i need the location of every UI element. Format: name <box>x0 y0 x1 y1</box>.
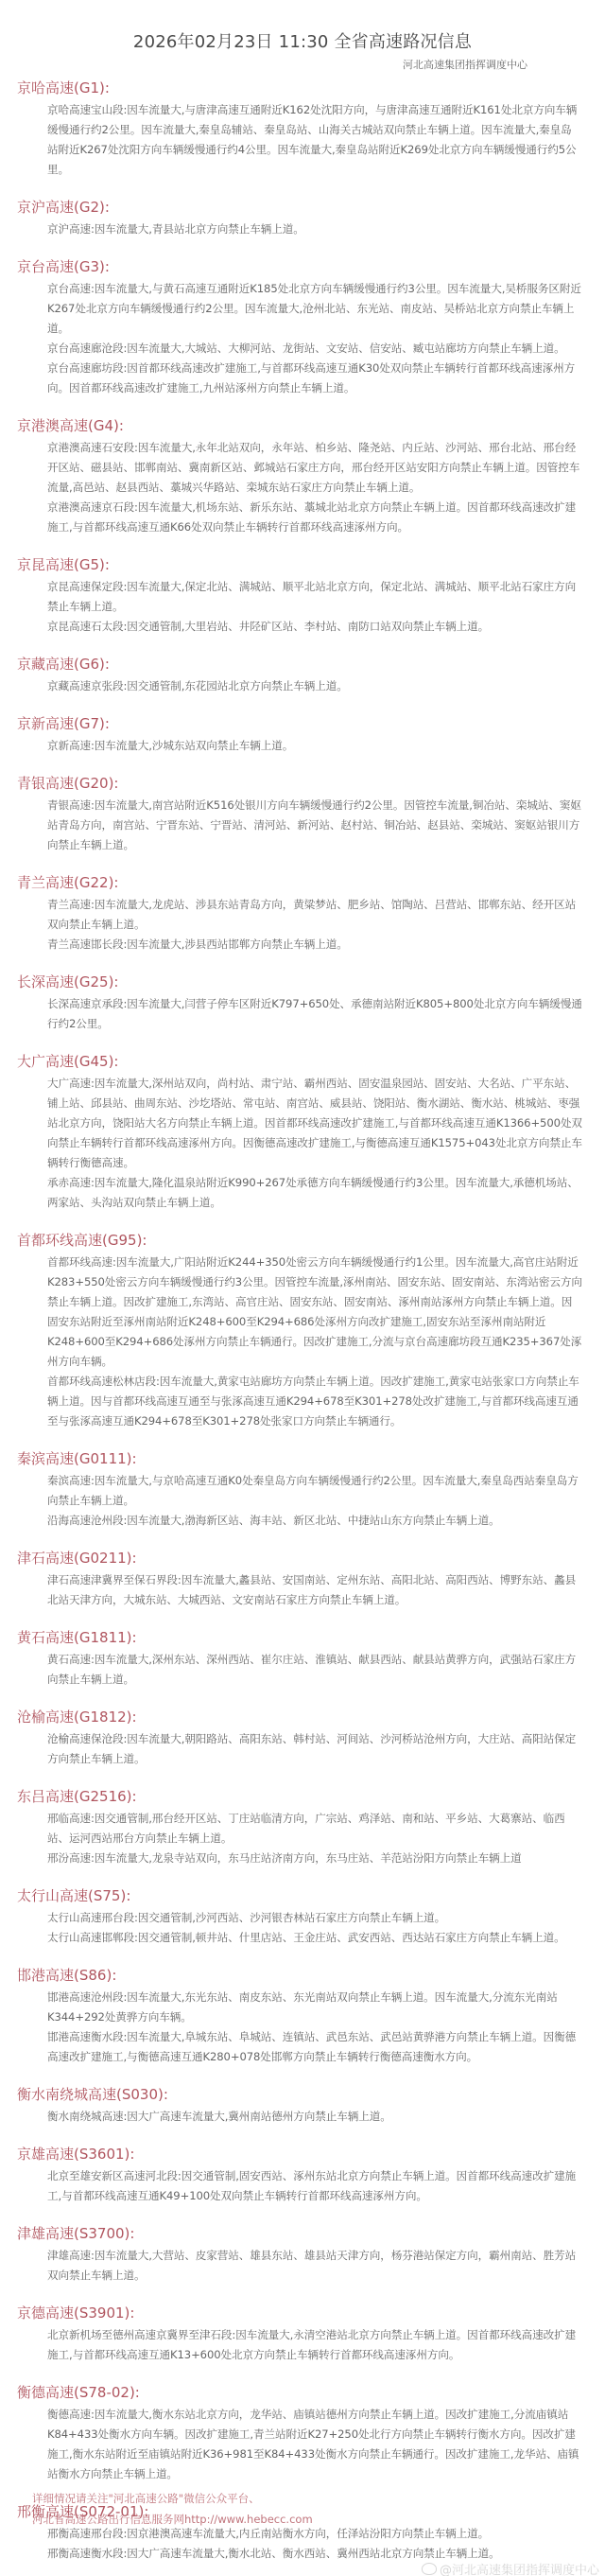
weibo-watermark: @河北高速集团指挥调度中心 <box>422 2560 599 2576</box>
road-condition-text: 京昆高速石太段:因交通管制,大里岩站、井陉矿区站、李村站、南防口站双向禁止车辆上… <box>0 617 605 637</box>
road-condition-text: 青银高速:因车流量大,南宫站附近K516处银川方向车辆缓慢通行约2公里。因管控车… <box>0 796 605 855</box>
road-title: 津雄高速(S3700): <box>0 2221 605 2246</box>
road-condition-text: 京沪高速:因车流量大,青县站北京方向禁止车辆上道。 <box>0 219 605 239</box>
road-title: 京昆高速(G5): <box>0 552 605 577</box>
road-condition-text: 津雄高速:因车流量大,大营站、皮家营站、雄县东站、雄县站天津方向，杨芬港站保定方… <box>0 2246 605 2286</box>
road-title: 青兰高速(G22): <box>0 870 605 895</box>
road-condition-text: 秦滨高速:因车流量大,与京哈高速互通K0处秦皇岛方向车辆缓慢通行约2公里。因车流… <box>0 1471 605 1511</box>
road-condition-text: 京台高速廊坊段:因首都环线高速改扩建施工,与首都环线高速互通K30处双向禁止车辆… <box>0 359 605 398</box>
road-condition-text: 太行山高速邯郸段:因交通管制,顿井站、什里店站、王金庄站、武安西站、西达站石家庄… <box>0 1928 605 1948</box>
road-section: 大广高速(G45):大广高速:因车流量大,深州站双向，尚村站、肃宁站、霸州西站、… <box>0 1049 605 1213</box>
road-section: 沧榆高速(G1812):沧榆高速保沧段:因车流量大,朝阳路站、高阳东站、韩村站、… <box>0 1705 605 1769</box>
road-section: 首都环线高速(G95):首都环线高速:因车流量大,广阳站附近K244+350处密… <box>0 1228 605 1431</box>
road-condition-text: 衡水南绕城高速:因大广高速车流量大,冀州南站德州方向禁止车辆上道。 <box>0 2107 605 2127</box>
road-condition-text: 京藏高速京张段:因交通管制,东花园站北京方向禁止车辆上道。 <box>0 676 605 696</box>
road-condition-text: 长深高速京承段:因车流量大,闫营子停车区附近K797+650处、承德南站附近K8… <box>0 994 605 1034</box>
road-section: 京昆高速(G5):京昆高速保定段:因车流量大,保定北站、满城站、顺平北站北京方向… <box>0 552 605 637</box>
road-title: 秦滨高速(G0111): <box>0 1446 605 1471</box>
road-section: 津雄高速(S3700):津雄高速:因车流量大,大营站、皮家营站、雄县东站、雄县站… <box>0 2221 605 2286</box>
road-section: 东吕高速(G2516):邢临高速:因交通管制,邢台经开区站、丁庄站临清方向，广宗… <box>0 1784 605 1868</box>
road-title: 沧榆高速(G1812): <box>0 1705 605 1729</box>
road-section: 京沪高速(G2):京沪高速:因车流量大,青县站北京方向禁止车辆上道。 <box>0 195 605 239</box>
road-section: 邯港高速(S86):邯港高速沧州段:因车流量大,东光东站、南皮东站、东光南站双向… <box>0 1963 605 2067</box>
road-condition-text: 大广高速:因车流量大,深州站双向，尚村站、肃宁站、霸州西站、固安温泉园站、固安站… <box>0 1074 605 1173</box>
footer-line-website: 河北省高速公路出行信息服务网http://www.hebecc.com <box>32 2509 313 2530</box>
road-condition-text: 邯港高速衡水段:因车流量大,阜城东站、阜城站、连镇站、武邑东站、武邑站黄骅港方向… <box>0 2027 605 2067</box>
road-section: 京哈高速(G1):京哈高速宝山段:因车流量大,与唐津高速互通附近K162处沈阳方… <box>0 76 605 180</box>
road-title: 衡德高速(S78-02): <box>0 2380 605 2405</box>
weibo-icon <box>422 2563 437 2575</box>
road-title: 京新高速(G7): <box>0 711 605 736</box>
road-condition-text: 首都环线高速:因车流量大,广阳站附近K244+350处密云方向车辆缓慢通行约1公… <box>0 1253 605 1372</box>
road-section: 津石高速(G0211):津石高速津冀界至保石界段:因车流量大,蠡县站、安国南站、… <box>0 1546 605 1610</box>
road-section: 京新高速(G7):京新高速:因车流量大,沙城东站双向禁止车辆上道。 <box>0 711 605 756</box>
road-section: 衡德高速(S78-02):衡德高速:因车流量大,衡水东站北京方向，龙华站、庙镇站… <box>0 2380 605 2484</box>
road-section: 京台高速(G3):京台高速:因车流量大,与黄石高速互通附近K185处北京方向车辆… <box>0 254 605 398</box>
road-condition-text: 青兰高速:因车流量大,龙虎站、涉县东站青岛方向，黄粱梦站、肥乡站、馆陶站、吕营站… <box>0 895 605 935</box>
road-condition-text: 京台高速:因车流量大,与黄石高速互通附近K185处北京方向车辆缓慢通行约3公里。… <box>0 279 605 339</box>
road-condition-text: 邯港高速沧州段:因车流量大,东光东站、南皮东站、东光南站双向禁止车辆上道。因车流… <box>0 1988 605 2027</box>
footer-line-wechat: 详细情况请关注"河北高速公路"微信公众平台、 <box>32 2488 313 2509</box>
road-conditions-list: 京哈高速(G1):京哈高速宝山段:因车流量大,与唐津高速互通附近K162处沈阳方… <box>0 76 605 2576</box>
road-section: 青兰高速(G22):青兰高速:因车流量大,龙虎站、涉县东站青岛方向，黄粱梦站、肥… <box>0 870 605 955</box>
road-condition-text: 北京新机场至德州高速京冀界至津石段:因车流量大,永清空港站北京方向禁止车辆上道。… <box>0 2325 605 2365</box>
road-title: 青银高速(G20): <box>0 771 605 796</box>
road-title: 邯港高速(S86): <box>0 1963 605 1988</box>
road-condition-text: 太行山高速邢台段:因交通管制,沙河西站、沙河银杏林站石家庄方向禁止车辆上道。 <box>0 1908 605 1928</box>
road-section: 京港澳高速(G4):京港澳高速石安段:因车流量大,永年北站双向，永年站、柏乡站、… <box>0 413 605 537</box>
road-section: 京藏高速(G6):京藏高速京张段:因交通管制,东花园站北京方向禁止车辆上道。 <box>0 652 605 696</box>
road-condition-text: 北京至雄安新区高速河北段:因交通管制,固安西站、涿州东站北京方向禁止车辆上道。因… <box>0 2166 605 2206</box>
road-title: 京港澳高速(G4): <box>0 413 605 438</box>
road-section: 衡水南绕城高速(S030):衡水南绕城高速:因大广高速车流量大,冀州南站德州方向… <box>0 2082 605 2127</box>
road-condition-text: 京哈高速宝山段:因车流量大,与唐津高速互通附近K162处沈阳方向，与唐津高速互通… <box>0 100 605 180</box>
watermark-text: @河北高速集团指挥调度中心 <box>440 2560 599 2576</box>
road-title: 太行山高速(S75): <box>0 1884 605 1908</box>
road-section: 京雄高速(S3601):北京至雄安新区高速河北段:因交通管制,固安西站、涿州东站… <box>0 2142 605 2206</box>
road-section: 黄石高速(G1811):黄石高速:因车流量大,深州东站、深州西站、崔尔庄站、淮镇… <box>0 1625 605 1690</box>
road-title: 黄石高速(G1811): <box>0 1625 605 1650</box>
road-title: 大广高速(G45): <box>0 1049 605 1074</box>
road-section: 太行山高速(S75):太行山高速邢台段:因交通管制,沙河西站、沙河银杏林站石家庄… <box>0 1884 605 1948</box>
road-condition-text: 京昆高速保定段:因车流量大,保定北站、满城站、顺平北站北京方向，保定北站、满城站… <box>0 577 605 617</box>
road-condition-text: 京港澳高速石安段:因车流量大,永年北站双向，永年站、柏乡站、隆尧站、内丘站、沙河… <box>0 438 605 498</box>
road-section: 京德高速(S3901):北京新机场至德州高速京冀界至津石段:因车流量大,永清空港… <box>0 2301 605 2365</box>
road-condition-text: 承赤高速:因车流量大,隆化温泉站附近K990+267处承德方向车辆缓慢通行约3公… <box>0 1173 605 1213</box>
road-condition-text: 沧榆高速保沧段:因车流量大,朝阳路站、高阳东站、韩村站、河间站、沙河桥站沧州方向… <box>0 1729 605 1769</box>
road-title: 京藏高速(G6): <box>0 652 605 676</box>
road-condition-text: 京港澳高速京石段:因车流量大,机场东站、新乐东站、藁城北站北京方向禁止车辆上道。… <box>0 498 605 537</box>
footer-note: 详细情况请关注"河北高速公路"微信公众平台、 河北省高速公路出行信息服务网htt… <box>32 2488 313 2530</box>
page-title: 2026年02月23日 11:30 全省高速路况信息 <box>0 28 605 53</box>
source-label: 河北高速集团指挥调度中心 <box>403 57 527 72</box>
road-title: 京雄高速(S3601): <box>0 2142 605 2166</box>
road-condition-text: 黄石高速:因车流量大,深州东站、深州西站、崔尔庄站、淮镇站、献县西站、献县站黄骅… <box>0 1650 605 1690</box>
road-condition-text: 邢汾高速:因车流量大,龙泉寺站双向，东马庄站济南方向，东马庄站、羊范站汾阳方向禁… <box>0 1849 605 1868</box>
road-title: 首都环线高速(G95): <box>0 1228 605 1253</box>
road-title: 京台高速(G3): <box>0 254 605 279</box>
road-title: 长深高速(G25): <box>0 970 605 994</box>
road-section: 秦滨高速(G0111):秦滨高速:因车流量大,与京哈高速互通K0处秦皇岛方向车辆… <box>0 1446 605 1531</box>
road-title: 京沪高速(G2): <box>0 195 605 219</box>
road-section: 长深高速(G25):长深高速京承段:因车流量大,闫营子停车区附近K797+650… <box>0 970 605 1034</box>
road-condition-text: 衡德高速:因车流量大,衡水东站北京方向，龙华站、庙镇站德州方向禁止车辆上道。因改… <box>0 2405 605 2484</box>
road-title: 京德高速(S3901): <box>0 2301 605 2325</box>
road-condition-text: 京新高速:因车流量大,沙城东站双向禁止车辆上道。 <box>0 736 605 756</box>
road-condition-text: 青兰高速邯长段:因车流量大,涉县西站邯郸方向禁止车辆上道。 <box>0 935 605 955</box>
road-title: 津石高速(G0211): <box>0 1546 605 1570</box>
road-condition-text: 沿海高速沧州段:因车流量大,渤海新区站、海丰站、新区北站、中捷站山东方向禁止车辆… <box>0 1511 605 1531</box>
road-condition-text: 津石高速津冀界至保石界段:因车流量大,蠡县站、安国南站、定州东站、高阳北站、高阳… <box>0 1570 605 1610</box>
road-title: 京哈高速(G1): <box>0 76 605 100</box>
road-section: 青银高速(G20):青银高速:因车流量大,南宫站附近K516处银川方向车辆缓慢通… <box>0 771 605 855</box>
road-condition-text: 京台高速廊沧段:因车流量大,大城站、大柳河站、龙街站、文安站、信安站、臧屯站廊坊… <box>0 339 605 359</box>
road-title: 东吕高速(G2516): <box>0 1784 605 1809</box>
road-condition-text: 首都环线高速松林店段:因车流量大,黄家屯站廊坊方向禁止车辆上道。因改扩建施工,黄… <box>0 1372 605 1431</box>
road-condition-text: 邢临高速:因交通管制,邢台经开区站、丁庄站临清方向，广宗站、鸡泽站、南和站、平乡… <box>0 1809 605 1849</box>
road-title: 衡水南绕城高速(S030): <box>0 2082 605 2107</box>
